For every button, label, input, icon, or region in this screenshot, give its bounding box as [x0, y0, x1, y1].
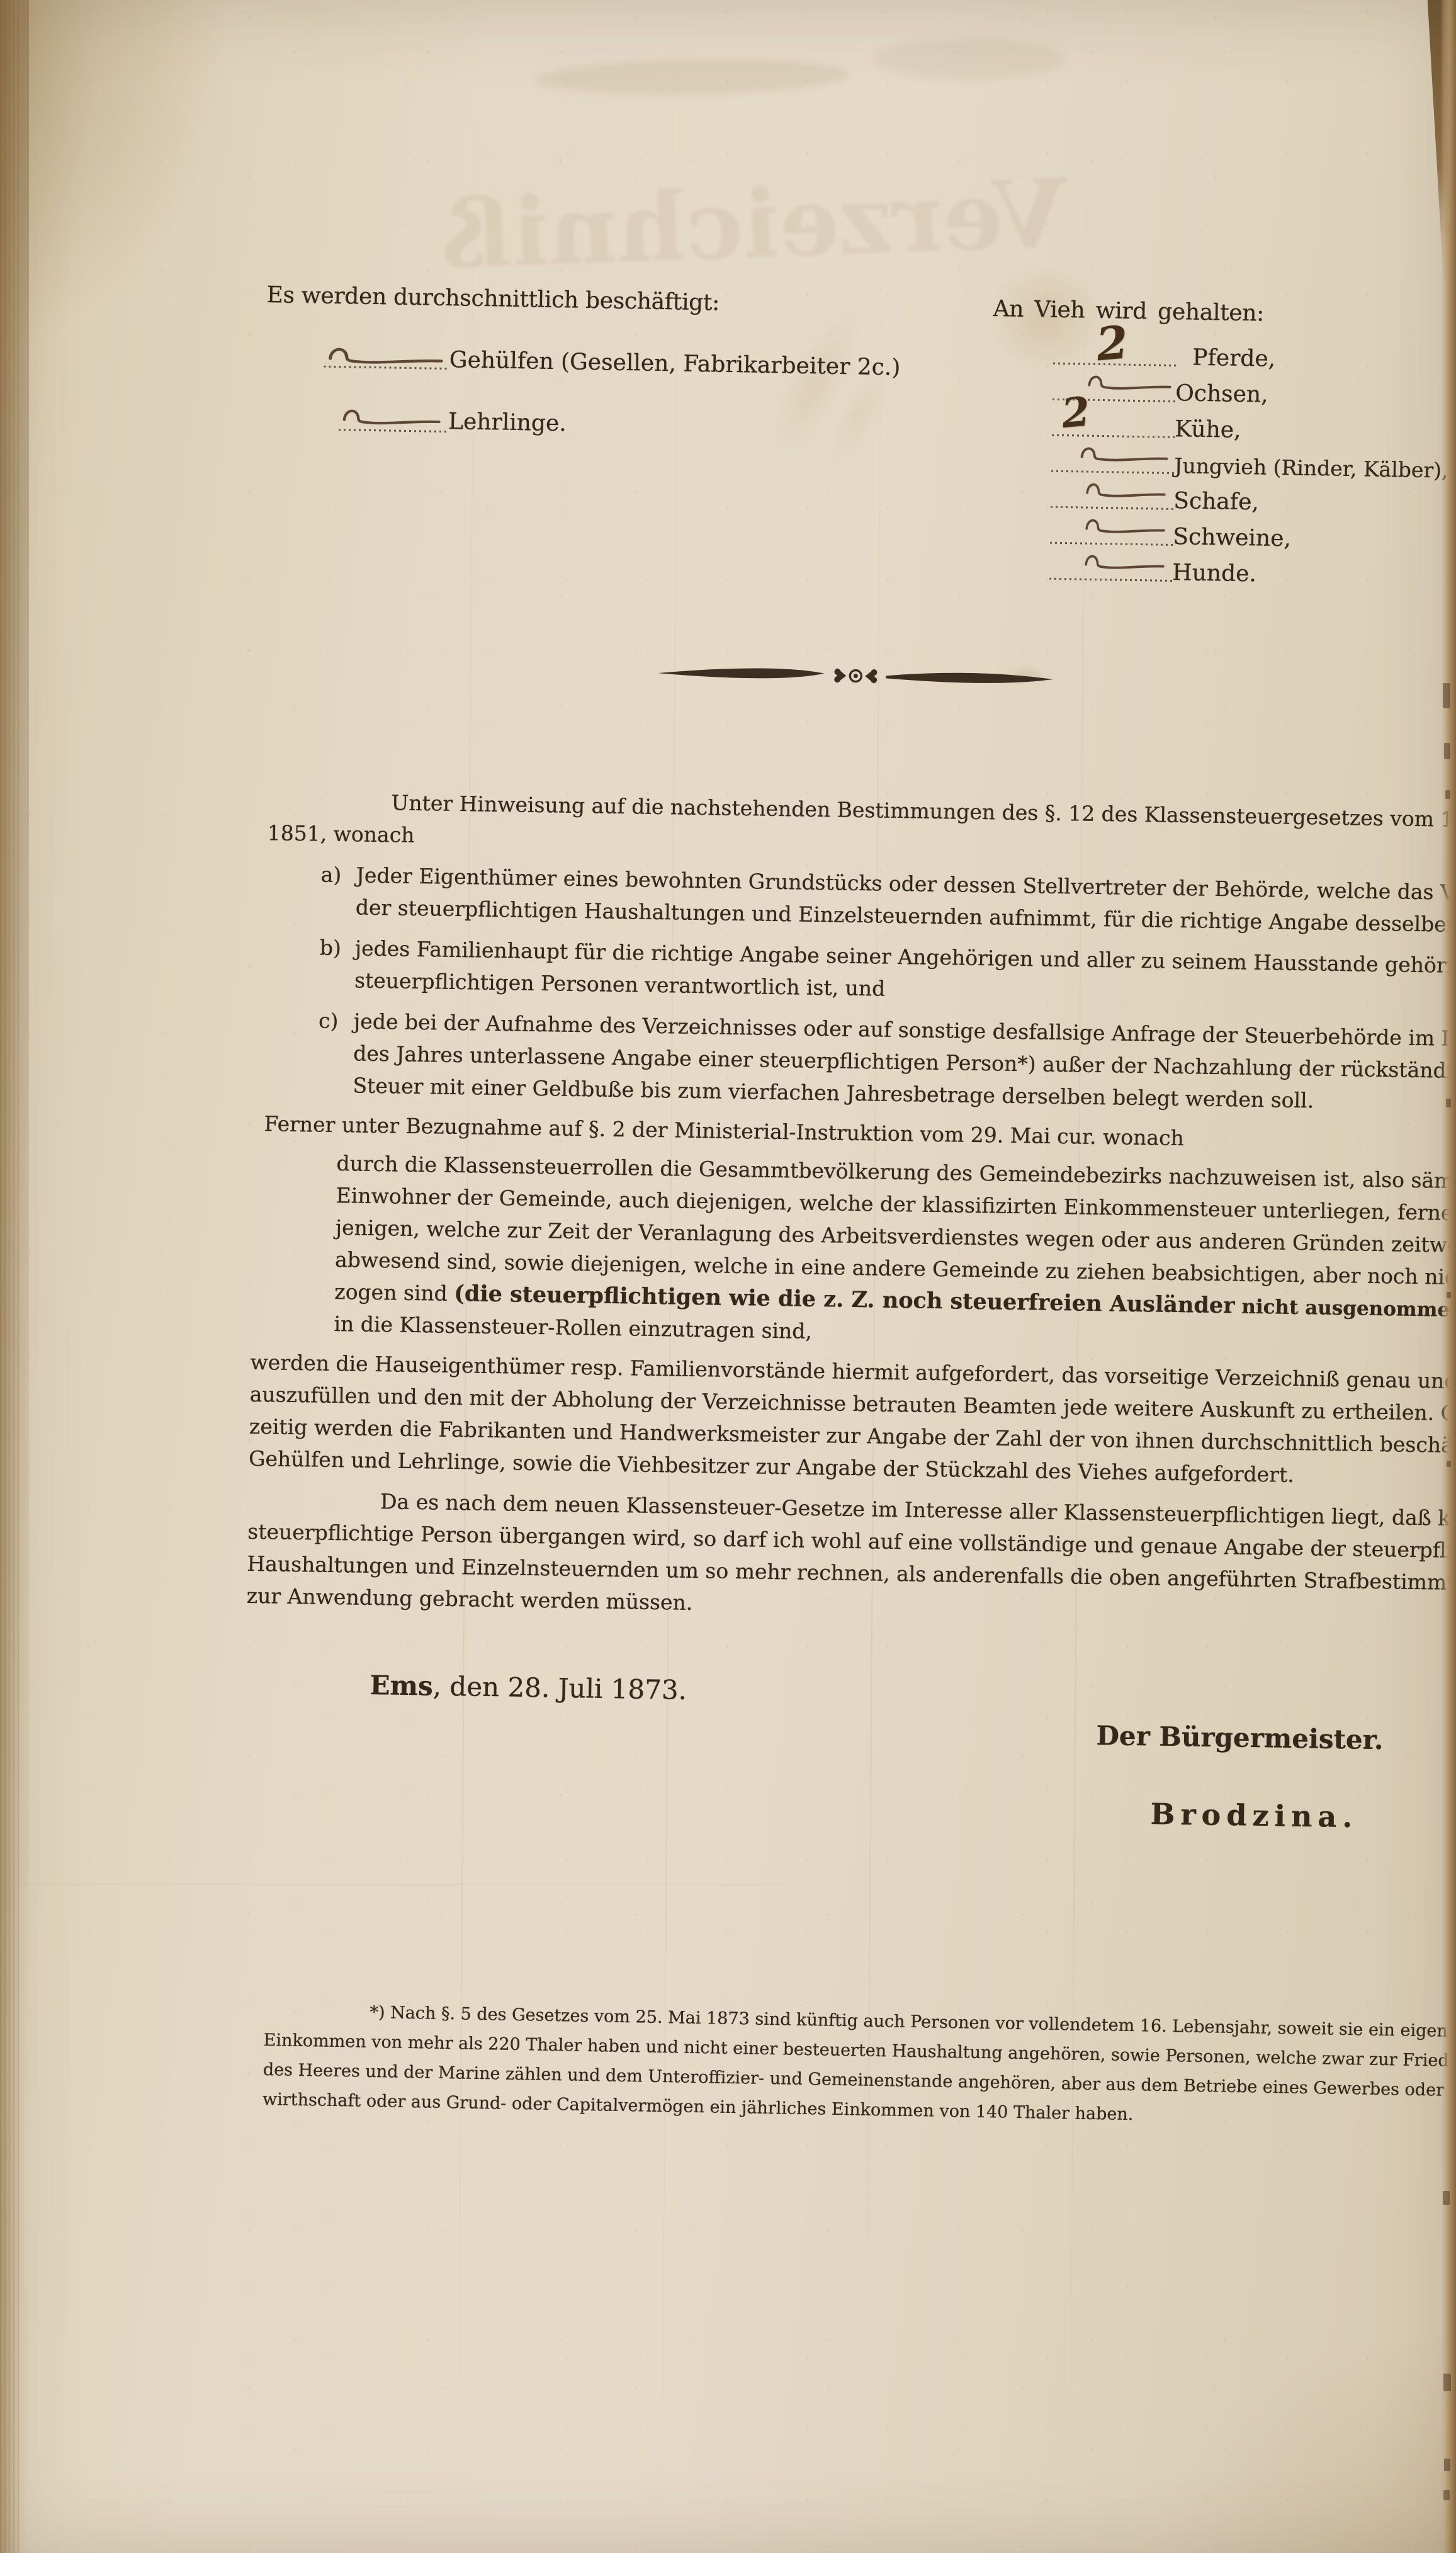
employment-row-label: Lehrlinge.	[448, 409, 567, 436]
list-item-c: c)jede bei der Aufnahme des Verzeichniss…	[317, 1005, 1456, 1119]
livestock-count-handwritten: 2	[1095, 319, 1130, 367]
adjacent-page-ink-mark	[1445, 790, 1450, 799]
livestock-row-label: Schafe,	[1173, 488, 1259, 515]
paragraph-werden: werden die Hauseigenthümer resp. Familie…	[249, 1346, 1456, 1493]
list-marker: b)	[320, 932, 356, 965]
list-item-a: a)Jeder Eigenthümer eines bewohnten Grun…	[320, 859, 1456, 941]
signature-title: Der Bürgermeister.	[1096, 1720, 1384, 1755]
adjacent-page-ink-mark	[1447, 1461, 1451, 1467]
handwritten-dash-mark	[1084, 478, 1168, 501]
dateline-place: Ems	[370, 1670, 433, 1702]
livestock-row-label: Hunde.	[1172, 560, 1256, 587]
fill-line	[1050, 542, 1173, 546]
body-text: Unter Hinweisung auf die nachstehenden B…	[246, 784, 1456, 1631]
bleedthrough-heading: Verzeichniß	[439, 158, 1069, 291]
fill-line	[1051, 506, 1173, 510]
list-marker: c)	[319, 1005, 354, 1038]
page-edge-right	[1440, 0, 1456, 2553]
adjacent-page-ink-mark	[1443, 2374, 1451, 2391]
employment-section: Es werden durchschnittlich beschäftigt: …	[264, 282, 959, 483]
livestock-row-label: Kühe,	[1175, 416, 1241, 443]
fill-line	[339, 429, 447, 433]
livestock-row-label: Schweine,	[1173, 524, 1291, 552]
livestock-heading: An Vieh wird gehalten:	[993, 296, 1264, 327]
employment-row-label: Gehülfen (Gesellen, Fabrikarbeiter 2c.)	[449, 347, 901, 381]
adjacent-page-ink-mark	[1444, 743, 1450, 759]
dateline-date: , den 28. Juli 1873.	[432, 1671, 687, 1706]
divider-ornament	[654, 650, 1058, 702]
handwritten-dash-mark	[341, 404, 443, 429]
list-marker: a)	[320, 859, 356, 892]
adjacent-page-ink-mark	[1444, 2459, 1450, 2471]
signature-name: Brodzina.	[1150, 1797, 1358, 1834]
adjacent-page-ink-mark	[1443, 2191, 1450, 2205]
footnote: *) Nach §. 5 des Gesetzes vom 25. Mai 18…	[262, 1996, 1456, 2136]
list-item-b: b)jedes Familienhaupt für die richtige A…	[319, 932, 1456, 1014]
paragraph-indented: durch die Klassensteuerrollen die Gesamm…	[334, 1147, 1456, 1357]
adjacent-page-ink-mark	[1443, 2490, 1450, 2500]
livestock-row-label: Jungvieh (Rinder, Kälber),	[1174, 453, 1448, 483]
handwritten-dash-mark	[1078, 442, 1170, 465]
dateline: Ems, den 28. Juli 1873.	[370, 1670, 687, 1706]
employment-heading: Es werden durchschnittlich beschäftigt:	[266, 282, 720, 316]
adjacent-page-ink-mark	[1447, 1292, 1451, 1298]
handwritten-dash-mark	[1083, 550, 1166, 573]
page-edge-left	[0, 0, 29, 2553]
fill-line	[1051, 470, 1174, 474]
paragraph-da: Da es nach dem neuen Klassensteuer-Geset…	[246, 1483, 1456, 1631]
fill-line	[1049, 578, 1172, 582]
paper-crease	[0, 1884, 787, 1885]
bleedthrough-smudge	[875, 38, 1064, 79]
handwritten-dash-mark	[1083, 514, 1167, 537]
emphasis-bold-small: nicht ausgenommen)	[1234, 1295, 1456, 1322]
livestock-count-handwritten: 2	[1060, 392, 1092, 434]
handwritten-dash-mark	[1086, 371, 1173, 393]
handwritten-dash-mark	[326, 342, 446, 368]
bleedthrough-smudge	[535, 57, 850, 98]
body-line-text: zogen sind	[334, 1279, 454, 1306]
scanned-document-page: Verzeichniß Es werden durchschnittlich b…	[0, 0, 1456, 2553]
livestock-row-label: Ochsen,	[1175, 380, 1268, 408]
adjacent-page-ink-mark	[1443, 683, 1450, 708]
paragraph-intro: Unter Hinweisung auf die nachstehenden B…	[258, 784, 1456, 868]
livestock-row-label: Pferde,	[1192, 345, 1276, 372]
adjacent-page-ink-mark	[1446, 1099, 1451, 1107]
livestock-section: An Vieh wird gehalten: 2 Pferde, Ochsen,…	[988, 296, 1447, 618]
